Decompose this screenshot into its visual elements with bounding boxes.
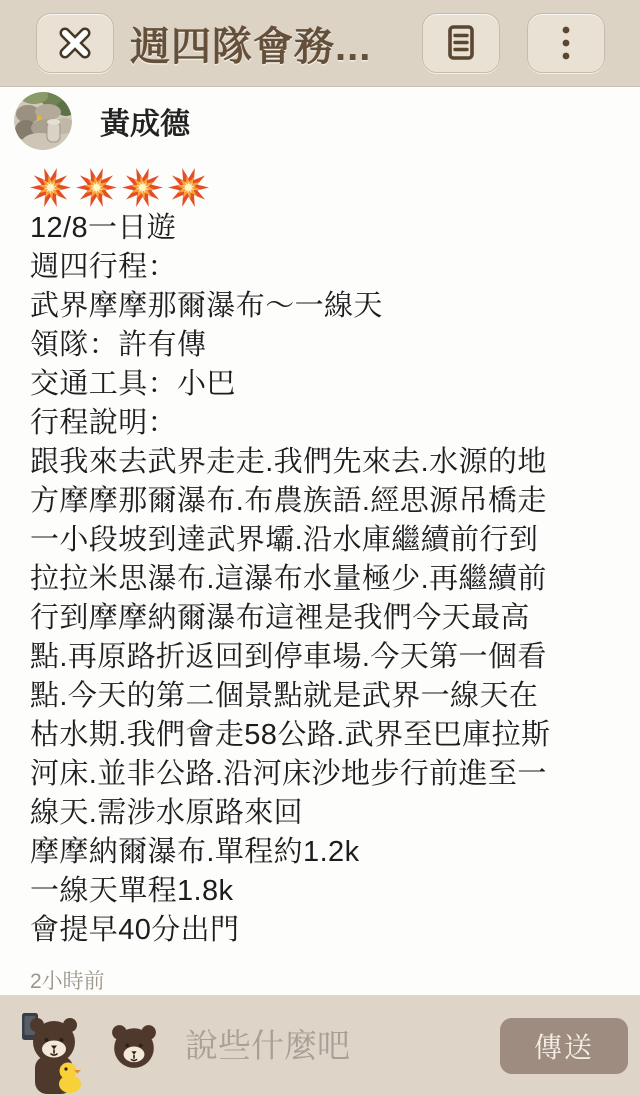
post-text-line: 週四行程： <box>30 248 616 287</box>
post-text-line: 跟我來去武界走走.我們先來去.水源的地 <box>30 443 616 482</box>
post-text-line: 12/8一日遊 <box>30 209 616 248</box>
collision-emoji-icon <box>76 167 117 208</box>
author-name: 黃成德 <box>100 99 190 143</box>
avatar[interactable] <box>14 92 72 150</box>
comment-input[interactable] <box>185 1027 500 1065</box>
emoji-button[interactable] <box>110 1022 158 1070</box>
collision-emoji-icon <box>30 167 71 208</box>
brown-bear-selfie-sticker-icon <box>18 1012 84 1094</box>
post-author-row[interactable]: 黃成德 <box>0 87 640 151</box>
post-text-line: 一線天單程1.8k <box>30 872 616 911</box>
post-text-line: 會提早40分出門 <box>30 911 616 950</box>
post-text-line: 方摩摩那爾瀑布.布農族語.經思源吊橋走 <box>30 482 616 521</box>
note-list-button[interactable] <box>422 13 500 73</box>
header: 週四隊會務... <box>0 0 640 87</box>
post-body-lines: 12/8一日遊週四行程：武界摩摩那爾瀑布～一線天領隊：許有傳交通工具：小巴行程說… <box>30 209 616 950</box>
post: 黃成德 12/8一日遊週四行程：武界摩摩那爾瀑布～一線天領隊：許有傳交通工具：小… <box>0 87 640 995</box>
post-text-line: 點.再原路折返回到停車場.今天第一個看 <box>30 638 616 677</box>
post-text-line: 武界摩摩那爾瀑布～一線天 <box>30 287 616 326</box>
post-text-line: 摩摩納爾瀑布.單程約1.2k <box>30 833 616 872</box>
page-title: 週四隊會務... <box>130 15 371 72</box>
post-text-line: 一小段坡到達武界壩.沿水庫繼續前行到 <box>30 521 616 560</box>
send-button[interactable]: 傳送 <box>500 1018 628 1074</box>
kebab-menu-icon <box>545 21 587 65</box>
post-text-line: 河床.並非公路.沿河床沙地步行前進至一 <box>30 755 616 794</box>
post-text-line: 點.今天的第二個景點就是武界一線天在 <box>30 677 616 716</box>
collision-emoji-icon <box>168 167 209 208</box>
header-actions <box>422 13 605 73</box>
line-note-screen: 週四隊會務... <box>0 0 640 1096</box>
more-menu-button[interactable] <box>527 13 605 73</box>
post-text-line: 交通工具：小巴 <box>30 365 616 404</box>
sticker-button[interactable] <box>18 1012 84 1094</box>
post-text-line: 枯水期.我們會走58公路.武界至巴庫拉斯 <box>30 716 616 755</box>
post-body: 12/8一日遊週四行程：武界摩摩那爾瀑布～一線天領隊：許有傳交通工具：小巴行程說… <box>0 151 640 950</box>
avatar-photo <box>14 92 72 150</box>
post-text-line: 領隊：許有傳 <box>30 326 616 365</box>
post-text-line: 線天.需涉水原路來回 <box>30 794 616 833</box>
post-text-line: 拉拉米思瀑布.這瀑布水量極少.再繼續前 <box>30 560 616 599</box>
collision-emoji-icon <box>122 167 163 208</box>
brown-bear-face-icon <box>110 1022 158 1070</box>
close-icon <box>53 21 97 65</box>
comment-bar: 傳送 <box>0 995 640 1096</box>
post-timestamp: 2小時前 <box>30 965 640 995</box>
document-icon <box>440 21 482 65</box>
close-button[interactable] <box>36 13 114 73</box>
post-text-line: 行程說明： <box>30 404 616 443</box>
collision-emoji-row <box>30 165 616 209</box>
post-text-line: 行到摩摩納爾瀑布這裡是我們今天最高 <box>30 599 616 638</box>
